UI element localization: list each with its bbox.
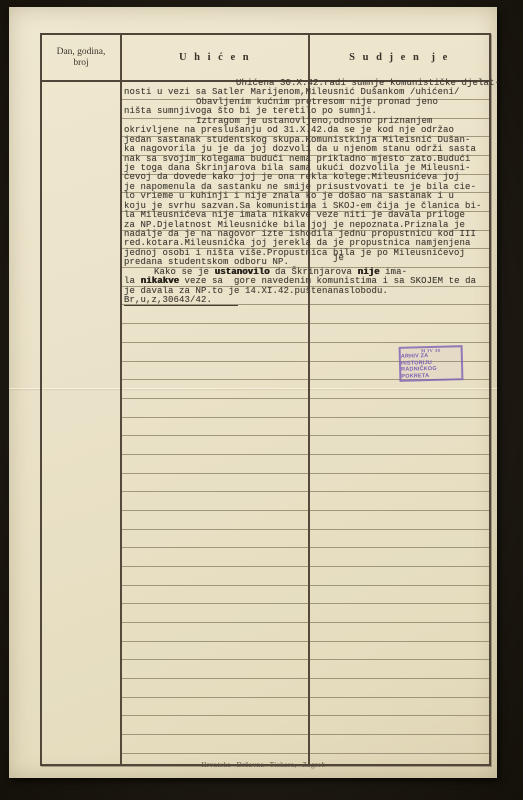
ruled-line [120,585,489,586]
record-form-table: Dan, godina, broj U h i ć e n S u d j e … [40,33,491,766]
ruled-line [120,566,489,567]
column-header-line1: Dan, godina, [57,47,106,58]
column-header-line2: broj [73,58,88,69]
typed-segment: je [289,253,344,263]
ruled-line [120,715,489,716]
typed-line: Br,u,z,30643/42. [124,296,496,305]
ruled-line [120,641,489,642]
stamp-text-line3: RADNIČKOG POKRETA [401,365,461,380]
ruled-line [120,603,489,604]
printer-imprint: Hrvatska Državna Tiskara, Zagreb [40,761,487,769]
column-divider-1 [120,35,122,764]
ruled-line [120,659,489,660]
ruled-line [120,753,489,754]
ruled-line [120,529,489,530]
ruled-line [120,323,489,324]
ruled-line [120,435,489,436]
ruled-line [120,473,489,474]
ruled-line [120,734,489,735]
typed-text-block: Uhićena 30.X.42.radi sumnje komunističke… [124,79,496,306]
column-header-dan-godina-broj: Dan, godina, broj [42,35,120,80]
document-scan: Dan, godina, broj U h i ć e n S u d j e … [0,0,523,800]
ruled-line [120,547,489,548]
ruled-line [120,510,489,511]
archive-stamp: M IV 38 ARHIV ZA HISTORIJU RADNIČKOG POK… [399,345,464,382]
ruled-line [120,454,489,455]
ruled-line [120,622,489,623]
document-paper: Dan, godina, broj U h i ć e n S u d j e … [9,7,497,778]
column-header-sudjen-je: S u d j e n j e [310,35,489,80]
column-header-uhicen: U h i ć e n [122,35,308,80]
ruled-line [120,491,489,492]
ruled-line [120,398,489,399]
ruled-line [120,342,489,343]
typed-segment: Br,u,z,30643/42. [124,295,238,306]
ruled-line [120,697,489,698]
ruled-line [120,417,489,418]
ruled-line [120,678,489,679]
